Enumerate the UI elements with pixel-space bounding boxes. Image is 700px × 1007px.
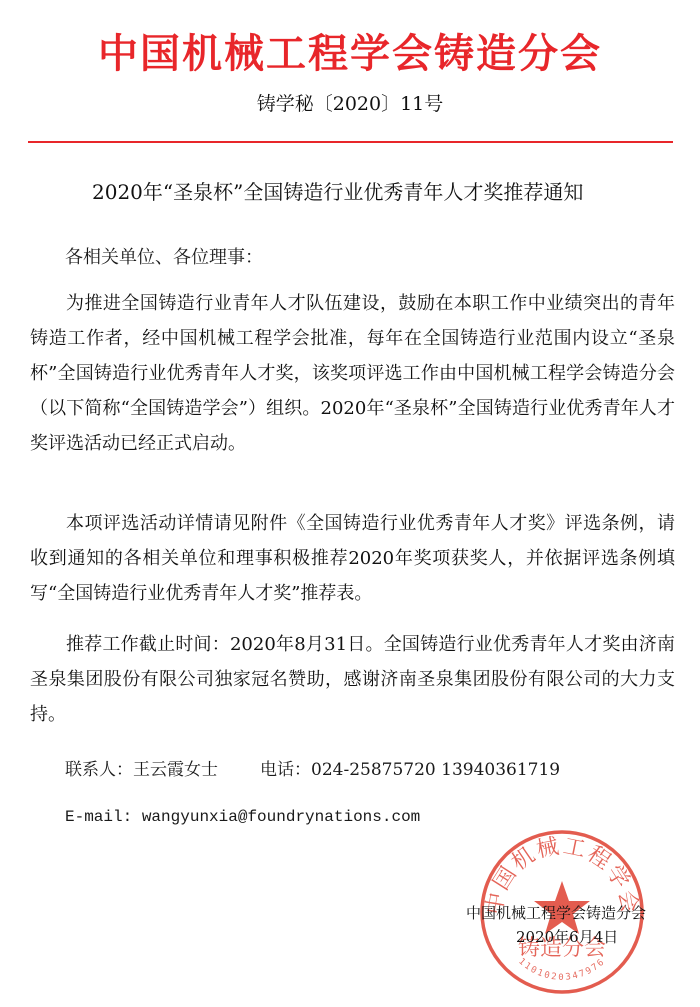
paragraph-2: 本项评选活动详情请见附件《全国铸造行业优秀青年人才奖》评选条例，请收到通知的各相… (30, 506, 675, 611)
signature-date: 2020年6月4日 (516, 927, 618, 947)
red-divider (28, 141, 673, 143)
paragraph-3: 推荐工作截止时间：2020年8月31日。全国铸造行业优秀青年人才奖由济南圣泉集团… (30, 627, 675, 732)
contact-phone-label: 电话： (260, 760, 311, 780)
contact-person-label: 联系人： (65, 760, 133, 780)
salutation: 各相关单位、各位理事： (65, 246, 263, 270)
contact-phone: 024-25875720 13940361719 (311, 760, 560, 780)
signature-org: 中国机械工程学会铸造分会 (466, 903, 696, 923)
contact-line: 联系人：王云霞女士电话：024-25875720 13940361719 (65, 758, 560, 782)
document-number: 铸学秘〔2020〕11号 (0, 92, 700, 116)
email-address[interactable]: wangyunxia@foundrynations.com (142, 808, 420, 826)
paragraph-1: 为推进全国铸造行业青年人才队伍建设，鼓励在本职工作中业绩突出的青年铸造工作者，经… (30, 286, 675, 461)
email-label: E-mail: (65, 808, 132, 826)
email-line: E-mail: wangyunxia@foundrynations.com (65, 806, 420, 828)
contact-person: 王云霞女士 (133, 760, 218, 780)
notice-title: 2020年“圣泉杯”全国铸造行业优秀青年人才奖推荐通知 (92, 179, 672, 205)
org-title: 中国机械工程学会铸造分会 (0, 30, 700, 78)
